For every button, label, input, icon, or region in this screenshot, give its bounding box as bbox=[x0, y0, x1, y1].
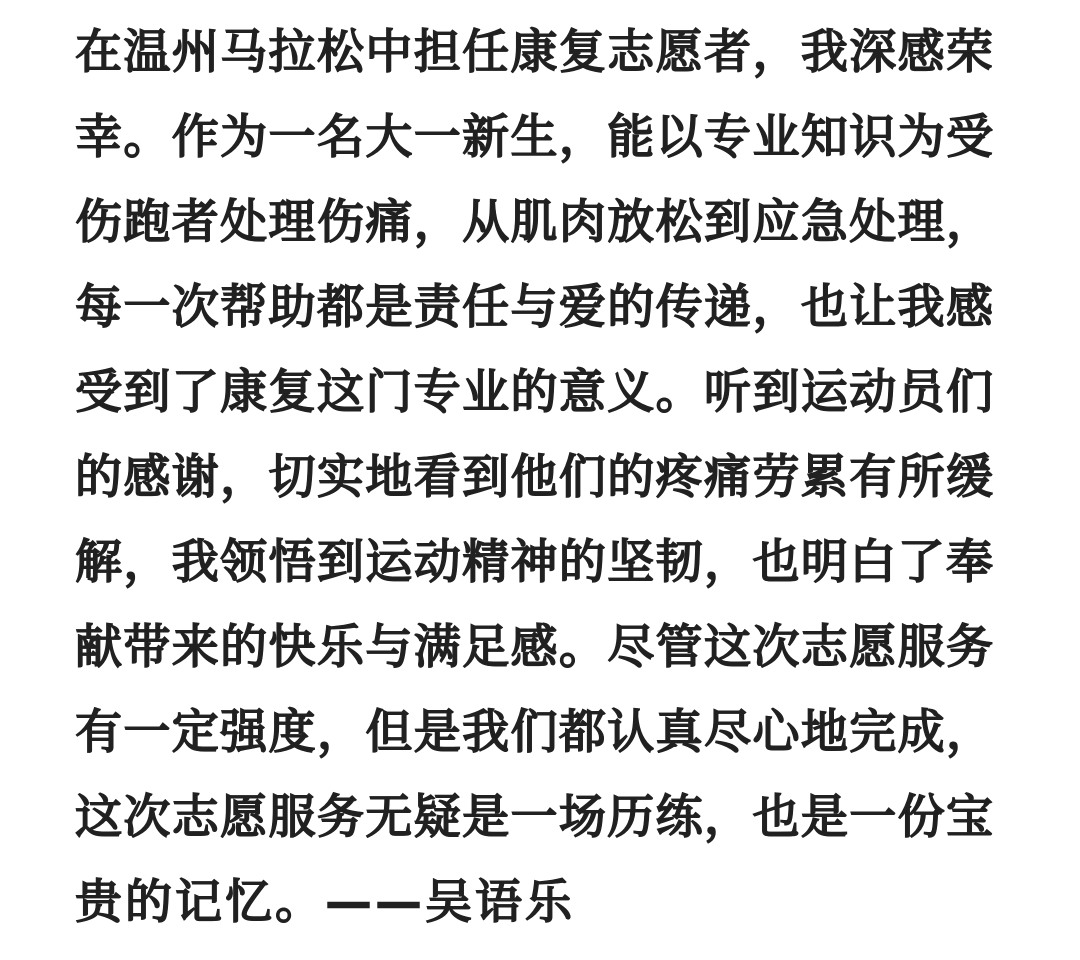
text-line-11-signature: 贵的记忆。——吴语乐 bbox=[75, 860, 993, 945]
text-line-2: 幸。作为一名大一新生，能以专业知识为受 bbox=[75, 95, 993, 180]
text-line-4: 每一次帮助都是责任与爱的传递，也让我感 bbox=[75, 265, 993, 350]
text-line-10: 这次志愿服务无疑是一场历练，也是一份宝 bbox=[75, 775, 993, 860]
text-line-7: 解，我领悟到运动精神的坚韧，也明白了奉 bbox=[75, 520, 993, 605]
text-line-6: 的感谢，切实地看到他们的疼痛劳累有所缓 bbox=[75, 435, 993, 520]
text-line-5: 受到了康复这门专业的意义。听到运动员们 bbox=[75, 350, 993, 435]
text-line-1: 在温州马拉松中担任康复志愿者，我深感荣 bbox=[75, 10, 993, 95]
text-line-9: 有一定强度，但是我们都认真尽心地完成， bbox=[75, 690, 993, 775]
text-line-3: 伤跑者处理伤痛，从肌肉放松到应急处理， bbox=[75, 180, 993, 265]
testimonial-page: 在温州马拉松中担任康复志愿者，我深感荣 幸。作为一名大一新生，能以专业知识为受 … bbox=[0, 0, 1080, 960]
testimonial-text: 在温州马拉松中担任康复志愿者，我深感荣 幸。作为一名大一新生，能以专业知识为受 … bbox=[75, 10, 993, 945]
text-line-8: 献带来的快乐与满足感。尽管这次志愿服务 bbox=[75, 605, 993, 690]
